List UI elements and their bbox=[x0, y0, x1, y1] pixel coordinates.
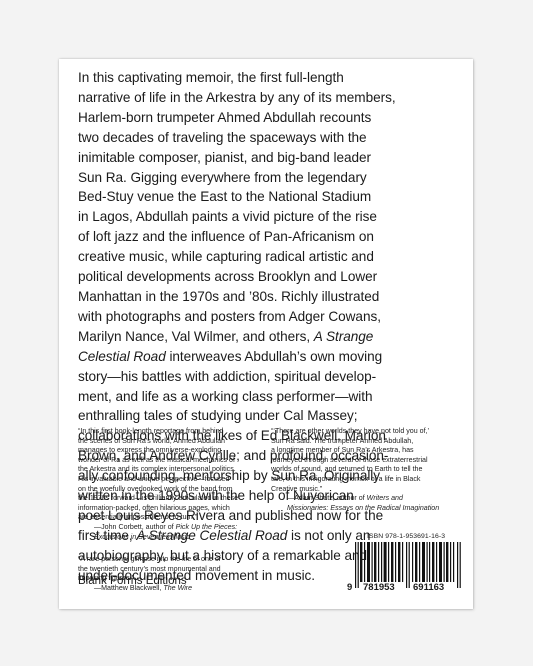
description-text: interweaves Abdullah’s own moving bbox=[169, 349, 382, 364]
description-line: ment, and life as a working class perfor… bbox=[78, 387, 468, 407]
blurb-line: His invaluable and unique perspective—fo… bbox=[78, 475, 268, 485]
book-title-italic: A Strange bbox=[314, 329, 374, 344]
attribution-work: Pick Up the Pieces: bbox=[176, 523, 238, 531]
blurb-line: the scenes of Sun Ra’s world, Ahmed Abdu… bbox=[78, 437, 268, 447]
description-line: narrative of life in the Arkestra by any… bbox=[78, 88, 468, 108]
description-line: Sun Ra. Gigging everywhere from the lege… bbox=[78, 168, 468, 188]
blurb-column-right: “‘There are other worlds they have not t… bbox=[271, 427, 471, 513]
blurb-line: wonder of Ra as well as the musical mech… bbox=[78, 456, 268, 466]
attribution-work: Writers and bbox=[367, 494, 403, 502]
book-back-cover: In this captivating memoir, the first fu… bbox=[59, 59, 473, 609]
blurb-column-left: “In this first book-length reportage fro… bbox=[78, 427, 268, 594]
barcode-lead-digit: 9 bbox=[347, 582, 352, 593]
isbn-label: ISBN 978-1-953691-16-3 bbox=[367, 533, 445, 540]
description-line: of loft jazz and the influence of Pan-Af… bbox=[78, 227, 468, 247]
attribution-author: —John Corbett, author of bbox=[94, 523, 176, 531]
blurb-shatz: “‘There are other worlds they have not t… bbox=[271, 427, 471, 494]
blurb-line: tale, in this invigorating memoir of a l… bbox=[271, 475, 471, 485]
description-line: Harlem-born trumpeter Ahmed Abdullah rec… bbox=[78, 108, 468, 128]
attribution-line: Missionaries: Essays on the Radical Imag… bbox=[287, 504, 471, 514]
description-line: story—his battles with addiction, spirit… bbox=[78, 367, 468, 387]
publisher-name: Blank Forms Editions bbox=[78, 575, 187, 587]
description-line: Celestial Road interweaves Abdullah’s ow… bbox=[78, 347, 468, 367]
attribution-work: Missionaries: Essays on the Radical Imag… bbox=[287, 504, 439, 512]
description-line: two decades of traveling the spaceways w… bbox=[78, 128, 468, 148]
blurb-line: a longtime member of Sun Ra’s Arkestra, … bbox=[271, 446, 471, 456]
description-line: Marilyn Nance, Val Wilmer, and others, A… bbox=[78, 327, 468, 347]
blurb-line: Sun Ra said. The trumpeter Ahmed Abdulla… bbox=[271, 437, 471, 447]
blurb-attribution: —Adam Shatz, author of Writers and Missi… bbox=[271, 494, 471, 513]
description-line: with photographs and posters from Adger … bbox=[78, 307, 468, 327]
description-line: Bed-Stuy venue the East to the National … bbox=[78, 187, 468, 207]
blurb-line: manages to express the omniverse-explodi… bbox=[78, 446, 268, 456]
attribution-line: Excursions in Seventies Music bbox=[94, 533, 268, 543]
blurb-line: “In this first book-length reportage fro… bbox=[78, 427, 268, 437]
description-line: creative music, while capturing radical … bbox=[78, 247, 468, 267]
description-line: Manhattan in the 1970s and ’80s. Richly … bbox=[78, 287, 468, 307]
blurb-line: worlds of sound, and returned to Earth t… bbox=[271, 465, 471, 475]
blurb-line: “‘There are other worlds they have not t… bbox=[271, 427, 471, 437]
blurb-line: the twentieth century’s most monumental … bbox=[78, 565, 268, 575]
description-line: enthralling tales of studying under Cal … bbox=[78, 406, 468, 426]
description-line: inimitable composer, pianist, and big-ba… bbox=[78, 148, 468, 168]
attribution-work: Excursions in Seventies Music bbox=[94, 533, 190, 541]
isbn-barcode: ISBN 978-1-953691-16-3 bbox=[347, 533, 463, 601]
blurb-line: the Arkestra and its complex interperson… bbox=[78, 465, 268, 475]
blurb-line: Creative music.” bbox=[271, 485, 471, 495]
description-text: Marilyn Nance, Val Wilmer, and others, bbox=[78, 329, 314, 344]
barcode-left-group: 781953 bbox=[363, 582, 395, 593]
blurb-line: the 1970s forward—is brilliantly articul… bbox=[78, 494, 268, 504]
attribution-line: —John Corbett, author of Pick Up the Pie… bbox=[94, 523, 268, 533]
book-title-italic: Celestial Road bbox=[78, 349, 166, 364]
attribution-line: —Adam Shatz, author of Writers and bbox=[287, 494, 471, 504]
attribution-author: —Adam Shatz, author of bbox=[287, 494, 367, 502]
blurb-line: are essentially impossible not to turn.” bbox=[78, 513, 268, 523]
description-line: political developments across Brooklyn a… bbox=[78, 267, 468, 287]
description-line: in Lagos, Abdullah paints a vivid pictur… bbox=[78, 207, 468, 227]
description-line: In this captivating memoir, the first fu… bbox=[78, 68, 468, 88]
blurb-line: information-packed, often hilarious page… bbox=[78, 504, 268, 514]
barcode-right-group: 691163 bbox=[413, 582, 444, 593]
blurb-line: on the woefully overlooked work of the b… bbox=[78, 485, 268, 495]
blurb-attribution: —John Corbett, author of Pick Up the Pie… bbox=[78, 523, 268, 542]
blurb-corbett: “In this first book-length reportage fro… bbox=[78, 427, 268, 523]
blurb-line: journeyed through several of those extra… bbox=[271, 456, 471, 466]
blurb-line: “A rare personal glimpse into the life o… bbox=[78, 555, 268, 565]
